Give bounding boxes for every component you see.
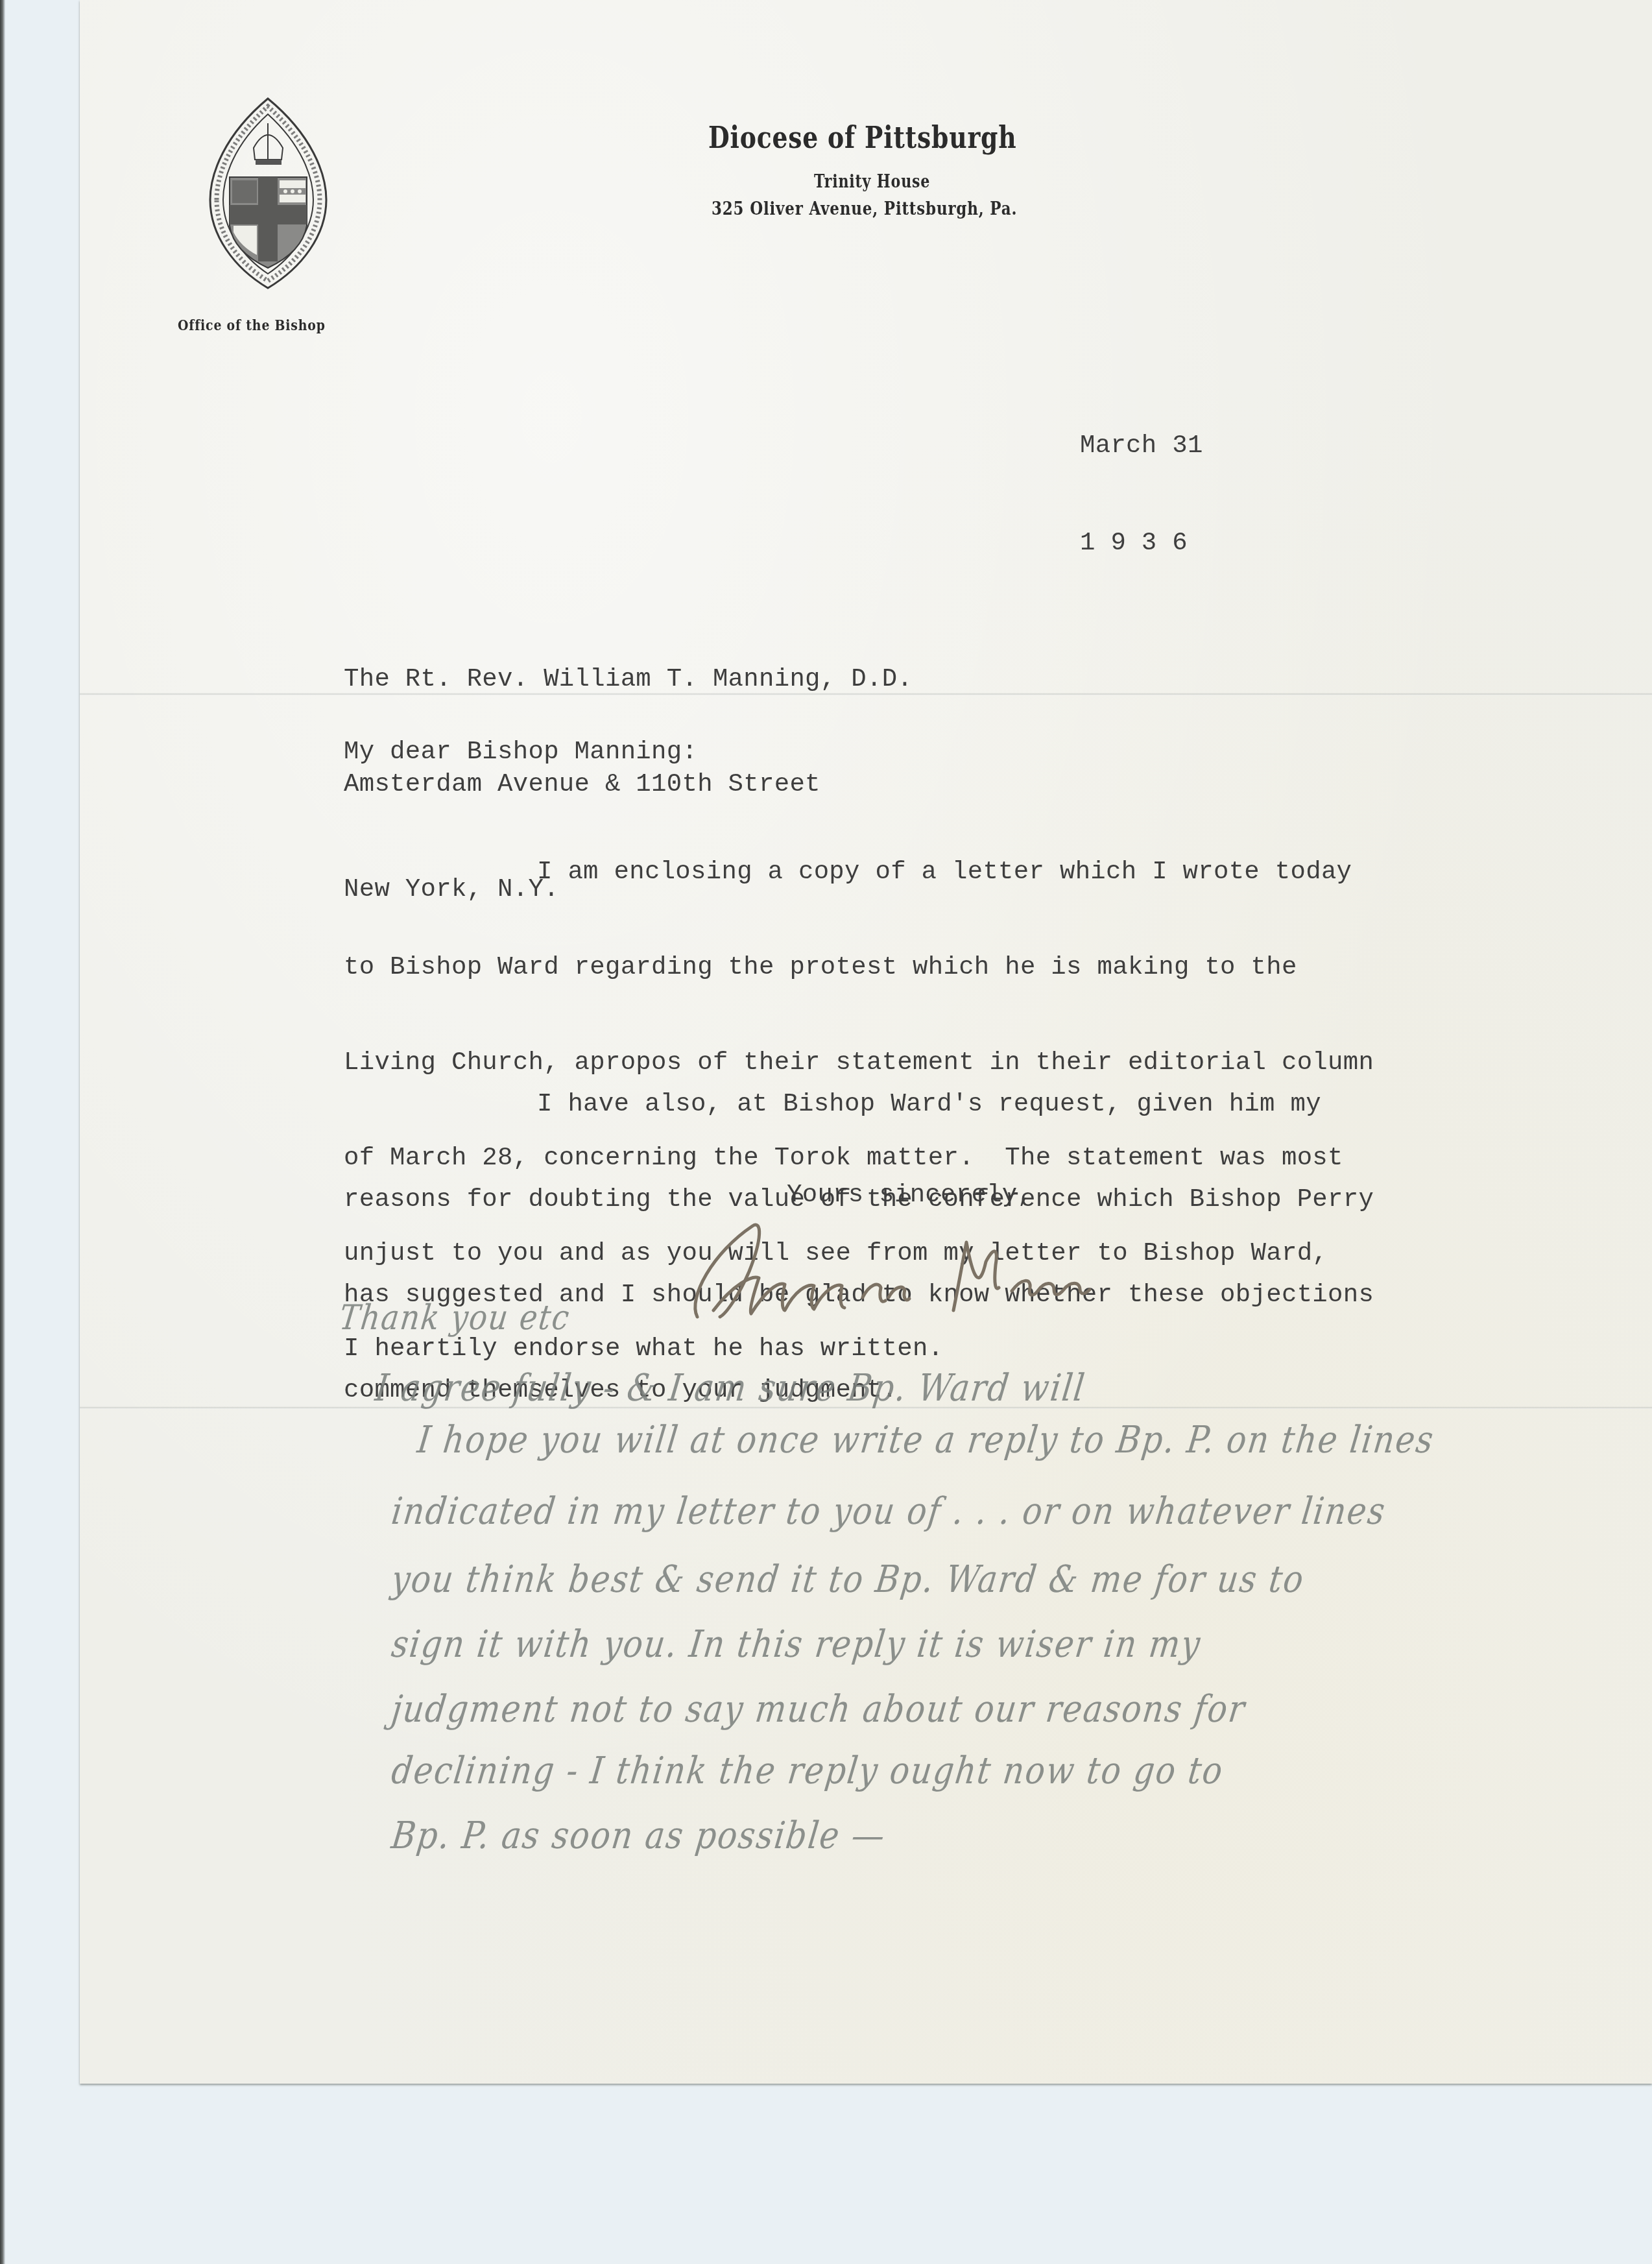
- letterhead-office: Office of the Bishop: [178, 317, 326, 334]
- salutation: My dear Bishop Manning:: [344, 736, 697, 767]
- signature-text: Alexander Mann: [688, 1233, 1122, 1293]
- paragraph-line: I am enclosing a copy of a letter which …: [344, 856, 1374, 888]
- letter-date: March 31 1 9 3 6: [1080, 365, 1203, 592]
- handwritten-line: you think best & send it to Bp. Ward & m…: [389, 1558, 1307, 1601]
- handwritten-line: I hope you will at once write a reply to…: [415, 1418, 1437, 1462]
- paragraph-line: I have also, at Bishop Ward's request, g…: [344, 1089, 1374, 1120]
- closing: Yours sincerely,: [787, 1179, 1033, 1210]
- paragraph-line: to Bishop Ward regarding the protest whi…: [344, 952, 1374, 983]
- date-year: 1 9 3 6: [1080, 527, 1203, 559]
- diocesan-seal-icon: [205, 96, 331, 291]
- letterhead-organization: Diocese of Pittsburgh: [708, 120, 1017, 155]
- handwritten-line: Bp. P. as soon as possible —: [389, 1814, 889, 1857]
- handwritten-line: judgment not to say much about our reaso…: [389, 1687, 1248, 1731]
- scanner-edge: [0, 0, 5, 2264]
- handwritten-line: I agree fully - & I am sure Bp. Ward wil…: [373, 1366, 1088, 1410]
- handwritten-line: declining - I think the reply ought now …: [389, 1749, 1226, 1792]
- letterhead-address: 325 Oliver Avenue, Pittsburgh, Pa.: [712, 198, 1017, 219]
- recipient-line: The Rt. Rev. William T. Manning, D.D.: [344, 662, 913, 697]
- letterhead-building: Trinity House: [814, 172, 930, 192]
- handwritten-line: sign it with you. In this reply it is wi…: [389, 1622, 1204, 1666]
- date-month-day: March 31: [1080, 429, 1203, 462]
- handwritten-line: Thank you etc: [337, 1297, 573, 1338]
- handwritten-line: indicated in my letter to you of . . . o…: [389, 1489, 1389, 1533]
